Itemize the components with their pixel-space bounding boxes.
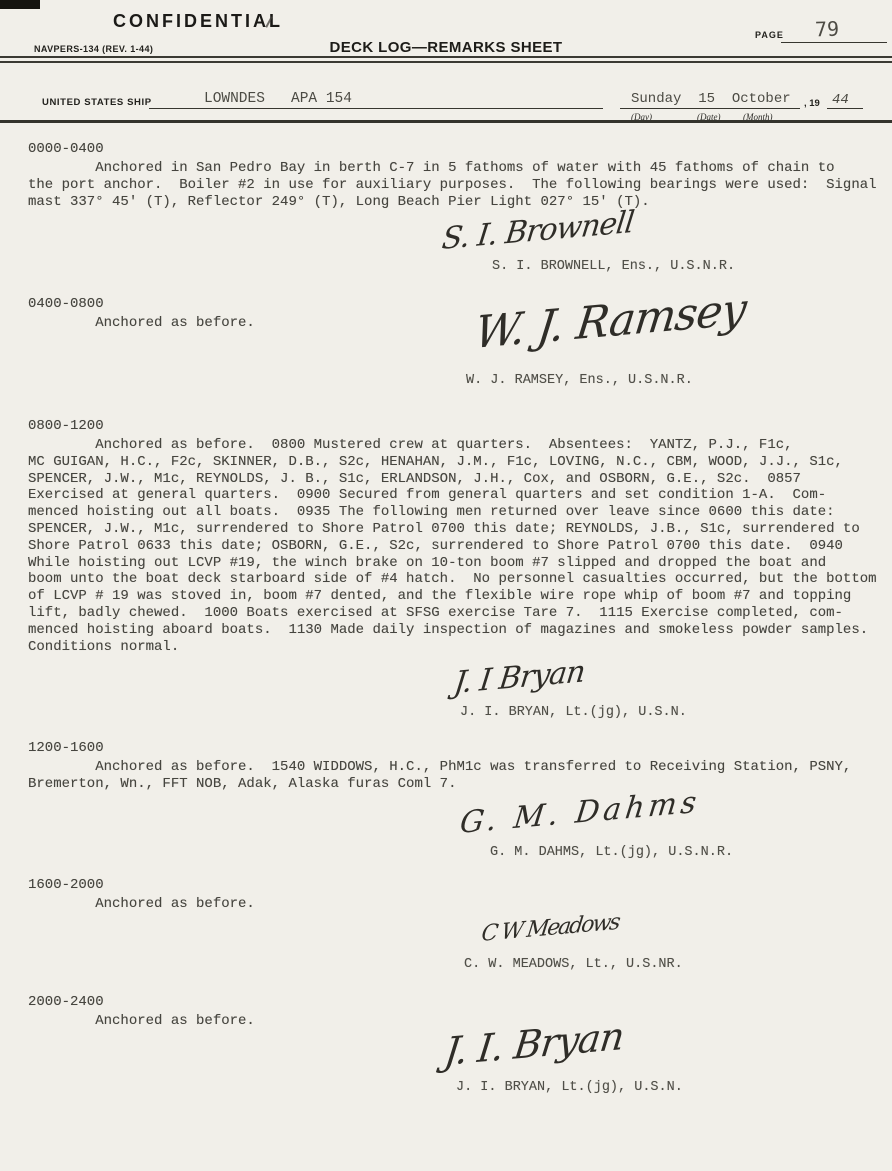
entry-period: 0000-0400 — [28, 141, 880, 157]
log-entry-0400-0800: 0400-0800 Anchored as before. — [28, 296, 880, 332]
signature-block-bryan-1: J. I Bryan J. I. BRYAN, Lt.(jg), U.S.N. — [452, 666, 687, 720]
scan-corner-mark — [0, 0, 40, 9]
ship-name-line — [149, 108, 603, 109]
year-prefix: , 19 — [804, 98, 820, 109]
log-entry-2000-2400: 2000-2400 Anchored as before. — [28, 994, 880, 1030]
signature-typed: S. I. BROWNELL, Ens., U.S.N.R. — [492, 259, 735, 274]
entry-period: 2000-2400 — [28, 994, 880, 1010]
signature-block-bryan-2: J. I. Bryan J. I. BRYAN, Lt.(jg), U.S.N. — [442, 1030, 683, 1095]
ship-name: LOWNDES APA 154 — [204, 91, 352, 107]
entry-period: 1600-2000 — [28, 877, 880, 893]
signature-typed: W. J. RAMSEY, Ens., U.S.N.R. — [466, 373, 743, 388]
date-value: Sunday 15 October — [631, 91, 791, 107]
entry-text: Anchored as before. — [28, 896, 880, 913]
entry-period: 0400-0800 — [28, 296, 880, 312]
signature-block-brownell: S. I. Brownell S. I. BROWNELL, Ens., U.S… — [440, 222, 735, 274]
ship-label: UNITED STATES SHIP — [42, 97, 152, 108]
signature-typed: J. I. BRYAN, Lt.(jg), U.S.N. — [460, 705, 687, 720]
header-rule-top — [0, 56, 892, 58]
entry-text: Anchored as before. 1540 WIDDOWS, H.C., … — [28, 759, 880, 793]
signature-typed: C. W. MEADOWS, Lt., U.S.NR. — [464, 957, 683, 972]
page-number: 79 — [815, 17, 840, 42]
signature-script: W. J. Ramsey — [472, 284, 749, 359]
year-value: 44 — [832, 92, 849, 108]
entry-period: 0800-1200 — [28, 418, 880, 434]
header-rule-bottom — [0, 61, 892, 63]
log-entry-1200-1600: 1200-1600 Anchored as before. 1540 WIDDO… — [28, 740, 880, 793]
date-line — [620, 108, 800, 109]
deck-log-page: CONFIDENTIAL PAGE 79 NAVPERS-134 (REV. 1… — [0, 0, 892, 1171]
log-entry-0000-0400: 0000-0400 Anchored in San Pedro Bay in b… — [28, 141, 880, 210]
document-title: DECK LOG—REMARKS SHEET — [0, 39, 892, 56]
entry-text: Anchored in San Pedro Bay in berth C-7 i… — [28, 160, 880, 210]
signature-block-meadows: C W Meadows C. W. MEADOWS, Lt., U.S.NR. — [480, 922, 683, 972]
signature-block-ramsey: W. J. Ramsey W. J. RAMSEY, Ens., U.S.N.R… — [472, 308, 743, 388]
entry-text: Anchored as before. — [28, 315, 880, 332]
entry-text: Anchored as before. 0800 Mustered crew a… — [28, 437, 880, 655]
year-line — [827, 108, 863, 109]
signature-typed: J. I. BRYAN, Lt.(jg), U.S.N. — [456, 1080, 683, 1095]
signature-block-dahms: G. M. Dahms G. M. DAHMS, Lt.(jg), U.S.N.… — [458, 806, 733, 860]
log-entry-1600-2000: 1600-2000 Anchored as before. — [28, 877, 880, 913]
log-entry-0800-1200: 0800-1200 Anchored as before. 0800 Muste… — [28, 418, 880, 655]
signature-typed: G. M. DAHMS, Lt.(jg), U.S.N.R. — [490, 845, 733, 860]
entry-period: 1200-1600 — [28, 740, 880, 756]
header-rule-heavy — [0, 120, 892, 123]
entry-text: Anchored as before. — [28, 1013, 880, 1030]
classification-stamp: CONFIDENTIAL — [113, 11, 283, 32]
